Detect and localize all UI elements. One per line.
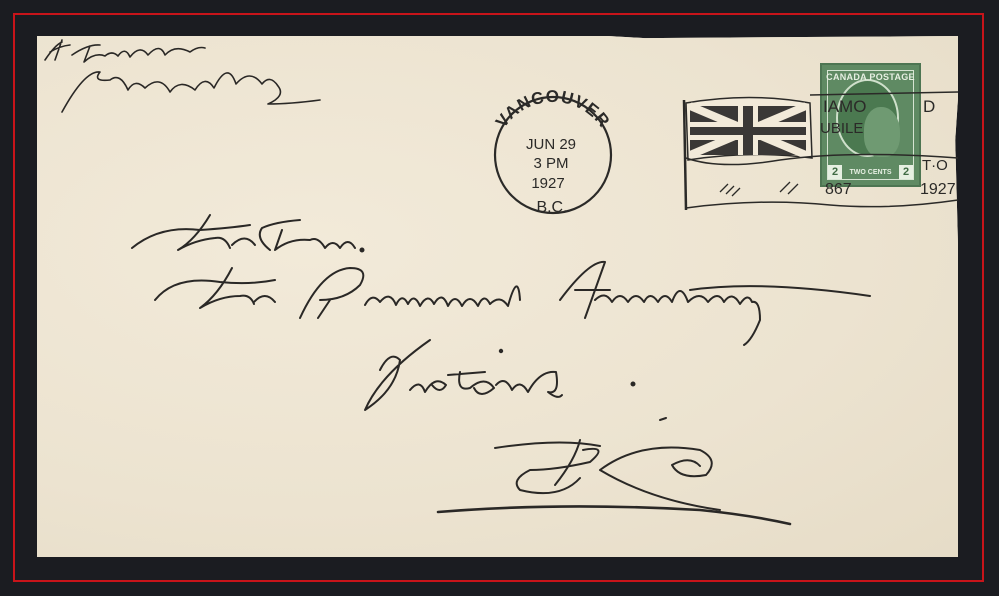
svg-text:D: D xyxy=(923,97,935,116)
svg-text:T·O: T·O xyxy=(922,157,948,174)
address-handwriting xyxy=(132,215,870,524)
postmark-province: B.C. xyxy=(536,199,567,216)
postmark-date: JUN 29 xyxy=(526,136,576,153)
postmark-year: 1927 xyxy=(531,175,564,192)
svg-text:867: 867 xyxy=(825,181,852,198)
svg-text:1927: 1927 xyxy=(920,181,956,198)
svg-text:UBILE: UBILE xyxy=(820,120,863,137)
cancel-fragment-1: IAMO xyxy=(823,97,866,116)
vancouver-postmark: VANCOUVER JUN 29 3 PM 1927 B.C. xyxy=(492,87,614,216)
postmark-time: 3 PM xyxy=(533,155,568,172)
flag-cancel: IAMO D UBILE T·O 867 1927 xyxy=(684,92,958,210)
postmark-city: VANCOUVER xyxy=(492,87,614,131)
svg-text:VANCOUVER: VANCOUVER xyxy=(492,87,614,131)
